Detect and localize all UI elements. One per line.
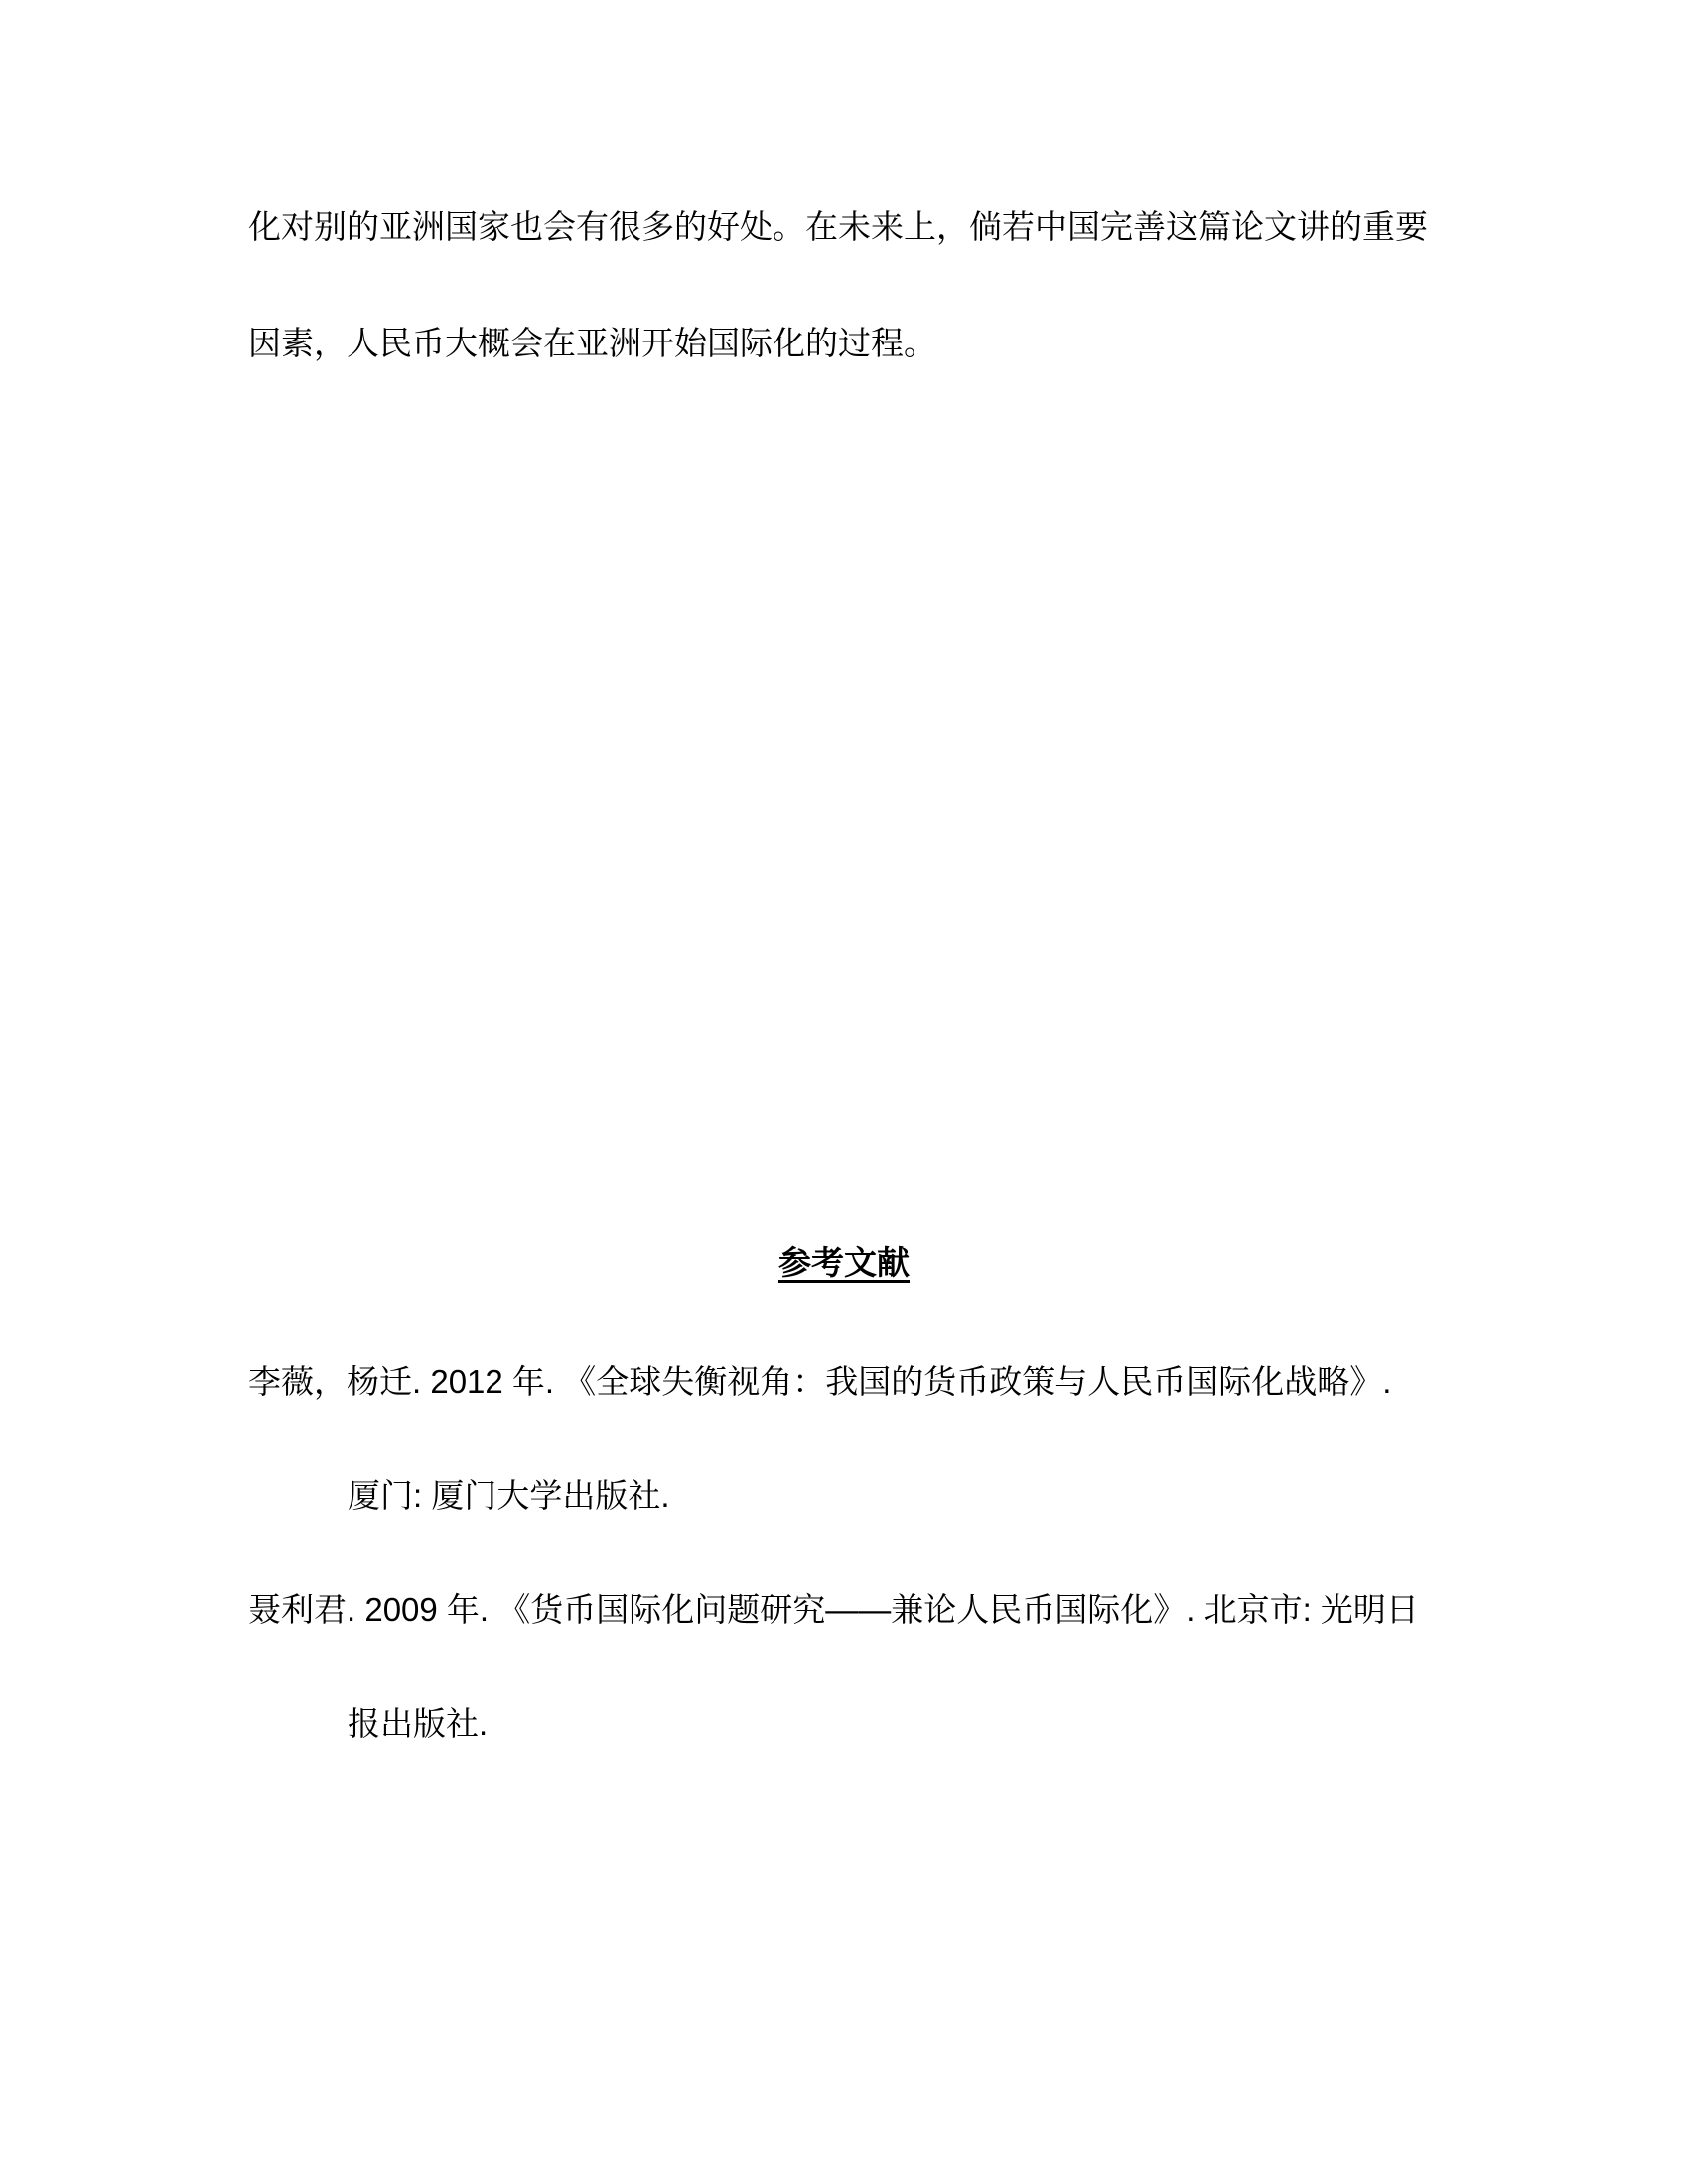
body-paragraph-line: 因素，人民币大概会在亚洲开始国际化的过程。 — [248, 324, 936, 363]
reference-entry-line: 厦门: 厦门大学出版社. — [348, 1476, 670, 1516]
reference-entry-line: 报出版社. — [348, 1705, 488, 1744]
reference-entry-line: 聂利君. 2009 年. 《货币国际化问题研究——兼论人民币国际化》. 北京市:… — [248, 1590, 1419, 1630]
references-heading: 参考文献 — [0, 1243, 1688, 1283]
document-page: 化对别的亚洲国家也会有很多的好处。在未来上，倘若中国完善这篇论文讲的重要 因素，… — [0, 0, 1688, 2184]
body-paragraph-line: 化对别的亚洲国家也会有很多的好处。在未来上，倘若中国完善这篇论文讲的重要 — [248, 207, 1428, 247]
reference-entry-line: 李薇，杨迁. 2012 年. 《全球失衡视角：我国的货币政策与人民币国际化战略》… — [248, 1362, 1391, 1402]
